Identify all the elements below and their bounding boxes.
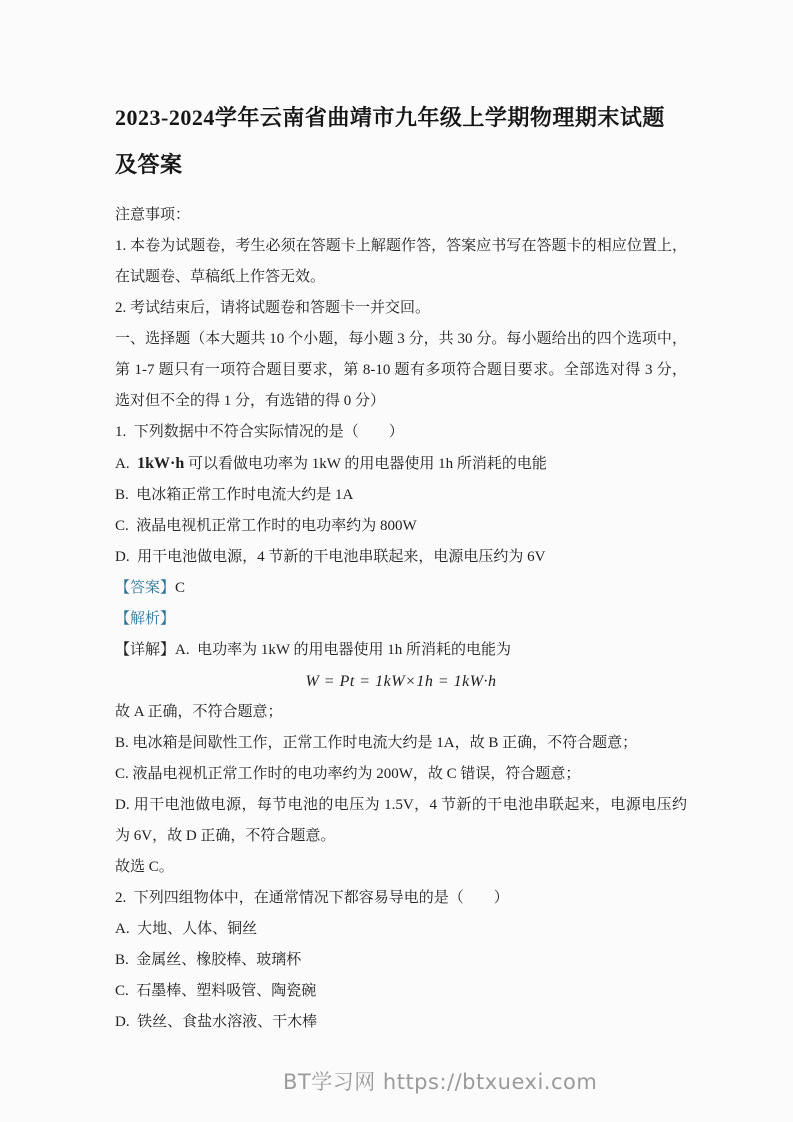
text-run: 2. 下列四组物体中，在通常情况下都容易导电的是（ ） — [115, 890, 509, 906]
q1-conclusion: 故选 C。 — [115, 852, 687, 883]
text-run: 一、选择题（本大题共 10 个小题，每小题 3 分，共 30 分。每小题给出的四… — [115, 331, 687, 409]
text-run: D. 用干电池做电源，每节电池的电压为 1.5V，4 节新的干电池串联起来，电源… — [115, 797, 687, 844]
text-run: A. — [115, 456, 137, 472]
page-title: 2023-2024学年云南省曲靖市九年级上学期物理期末试题及答案 — [115, 94, 687, 188]
text-run: C. 石墨棒、塑料吸管、陶瓷碗 — [115, 983, 316, 999]
text-run: 2. 考试结束后，请将试题卷和答题卡一并交回。 — [115, 300, 430, 316]
q1-option-b: B. 电冰箱正常工作时电流大约是 1A — [115, 480, 687, 511]
q1-detail-d: D. 用干电池做电源，每节电池的电压为 1.5V，4 节新的干电池串联起来，电源… — [115, 790, 687, 852]
text-run: 1. 本卷为试题卷，考生必须在答题卡上解题作答，答案应书写在答题卡的相应位置上，… — [115, 238, 687, 285]
watermark: BT学习网 https://btxuexi.com — [283, 1066, 597, 1096]
q2-option-d: D. 铁丝、食盐水溶液、干木棒 — [115, 1007, 687, 1038]
q1-detail-intro: 【详解】A. 电功率为 1kW 的用电器使用 1h 所消耗的电能为 — [115, 635, 687, 666]
text-run: 故 A 正确，不符合题意； — [115, 704, 283, 720]
text-run: C. 液晶电视机正常工作时的电功率约为 200W，故 C 错误，符合题意； — [115, 766, 580, 782]
text-run: B. 电冰箱正常工作时电流大约是 1A — [115, 487, 353, 503]
text-run: A. 大地、人体、铜丝 — [115, 921, 257, 937]
question-2-stem: 2. 下列四组物体中，在通常情况下都容易导电的是（ ） — [115, 883, 687, 914]
q1-detail-c: C. 液晶电视机正常工作时的电功率约为 200W，故 C 错误，符合题意； — [115, 759, 687, 790]
q1-option-a: A. 1kW·h 可以看做电功率为 1kW 的用电器使用 1h 所消耗的电能 — [115, 448, 687, 480]
question-1-stem: 1. 下列数据中不符合实际情况的是（ ） — [115, 417, 687, 448]
text-run: W = Pt = 1kW×1h = 1kW·h — [305, 673, 496, 690]
notice-item-2: 2. 考试结束后，请将试题卷和答题卡一并交回。 — [115, 293, 687, 324]
document-page: 2023-2024学年云南省曲靖市九年级上学期物理期末试题及答案 注意事项：1.… — [0, 0, 793, 1038]
q1-answer: 【答案】C — [115, 573, 687, 604]
notice-heading: 注意事项： — [115, 200, 687, 231]
text-run: B. 金属丝、橡胶棒、玻璃杯 — [115, 952, 301, 968]
q1-formula: W = Pt = 1kW×1h = 1kW·h — [115, 666, 687, 697]
text-run: 故选 C。 — [115, 859, 174, 875]
text-run: 1kW·h — [137, 455, 184, 472]
q1-detail-b: B. 电冰箱是间歇性工作，正常工作时电流大约是 1A，故 B 正确，不符合题意； — [115, 728, 687, 759]
text-run: 【答案】 — [115, 580, 175, 596]
q2-option-b: B. 金属丝、橡胶棒、玻璃杯 — [115, 945, 687, 976]
text-run: B. 电冰箱是间歇性工作，正常工作时电流大约是 1A，故 B 正确，不符合题意； — [115, 735, 637, 751]
text-run: C. 液晶电视机正常工作时的电功率约为 800W — [115, 518, 417, 534]
q2-option-a: A. 大地、人体、铜丝 — [115, 914, 687, 945]
text-run: 注意事项： — [115, 207, 190, 223]
q1-option-c: C. 液晶电视机正常工作时的电功率约为 800W — [115, 511, 687, 542]
text-run: 【解析】 — [115, 611, 175, 627]
text-run: C — [175, 580, 185, 596]
text-run: 1. 下列数据中不符合实际情况的是（ ） — [115, 424, 404, 440]
section-1-header: 一、选择题（本大题共 10 个小题，每小题 3 分，共 30 分。每小题给出的四… — [115, 324, 687, 417]
text-run: 【详解】A. 电功率为 1kW 的用电器使用 1h 所消耗的电能为 — [115, 642, 511, 658]
q1-option-d: D. 用干电池做电源，4 节新的干电池串联起来，电源电压约为 6V — [115, 542, 687, 573]
text-run: D. 铁丝、食盐水溶液、干木棒 — [115, 1014, 317, 1030]
document-body: 注意事项：1. 本卷为试题卷，考生必须在答题卡上解题作答，答案应书写在答题卡的相… — [115, 200, 687, 1038]
q1-analysis-label: 【解析】 — [115, 604, 687, 635]
notice-item-1: 1. 本卷为试题卷，考生必须在答题卡上解题作答，答案应书写在答题卡的相应位置上，… — [115, 231, 687, 293]
q1-detail-a-conclusion: 故 A 正确，不符合题意； — [115, 697, 687, 728]
text-run: D. 用干电池做电源，4 节新的干电池串联起来，电源电压约为 6V — [115, 549, 545, 565]
q2-option-c: C. 石墨棒、塑料吸管、陶瓷碗 — [115, 976, 687, 1007]
text-run: 可以看做电功率为 1kW 的用电器使用 1h 所消耗的电能 — [184, 456, 547, 472]
